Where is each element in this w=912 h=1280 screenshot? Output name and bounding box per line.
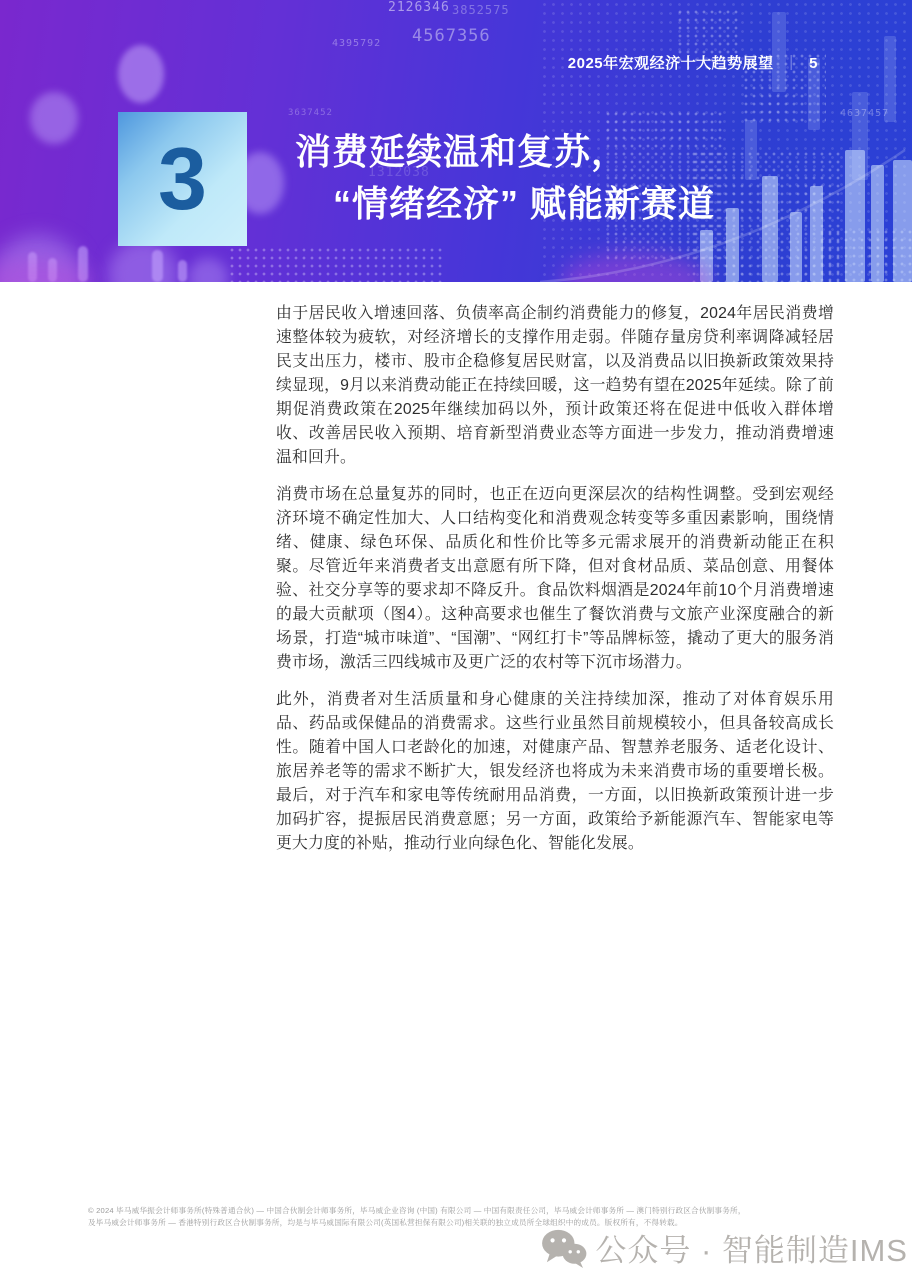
watermark: 公众号 · 智能制造IMS bbox=[541, 1225, 908, 1270]
doc-title: 2025年宏观经济十大趋势展望 bbox=[568, 55, 774, 72]
chapter-number-box: 3 bbox=[118, 112, 247, 246]
decor-number: 3852575 bbox=[452, 3, 510, 17]
body-paragraph: 此外，消费者对生活质量和身心健康的关注持续加深，推动了对体育娱乐用品、药品或保健… bbox=[276, 688, 834, 856]
chapter-title-line2: “情绪经济” 赋能新赛道 bbox=[295, 178, 715, 230]
body-text: 由于居民收入增速回落、负债率高企制约消费能力的修复，2024年居民消费增速整体较… bbox=[276, 302, 834, 869]
chapter-title: 消费延续温和复苏， “情绪经济” 赋能新赛道 bbox=[295, 126, 715, 230]
decor-number: 4567356 bbox=[412, 26, 491, 46]
page-number: 5 bbox=[809, 55, 818, 72]
running-header: 2025年宏观经济十大趋势展望｜5 bbox=[568, 52, 818, 73]
banner: 2126346 3852575 4567356 4395792 3637452 … bbox=[0, 0, 912, 282]
header-separator: ｜ bbox=[784, 55, 800, 72]
decor-number: 4395792 bbox=[332, 38, 381, 49]
body-paragraph: 消费市场在总量复苏的同时，也正在迈向更深层次的结构性调整。受到宏观经济环境不确定… bbox=[276, 483, 834, 675]
watermark-text: 公众号 · 智能制造IMS bbox=[595, 1225, 908, 1270]
chapter-heading: 3 消费延续温和复苏， “情绪经济” 赋能新赛道 bbox=[118, 112, 715, 246]
wechat-icon bbox=[541, 1228, 587, 1268]
decor-number: 4637457 bbox=[840, 108, 889, 119]
chapter-number: 3 bbox=[158, 135, 207, 223]
decor-number: 2126346 bbox=[388, 0, 450, 15]
body-paragraph: 由于居民收入增速回落、负债率高企制约消费能力的修复，2024年居民消费增速整体较… bbox=[276, 302, 834, 470]
report-page: 2126346 3852575 4567356 4395792 3637452 … bbox=[0, 0, 912, 1280]
chapter-title-line1: 消费延续温和复苏， bbox=[295, 126, 715, 178]
legal-line: © 2024 毕马威华振会计师事务所(特殊普通合伙) — 中国合伙制会计师事务所… bbox=[88, 1205, 836, 1217]
